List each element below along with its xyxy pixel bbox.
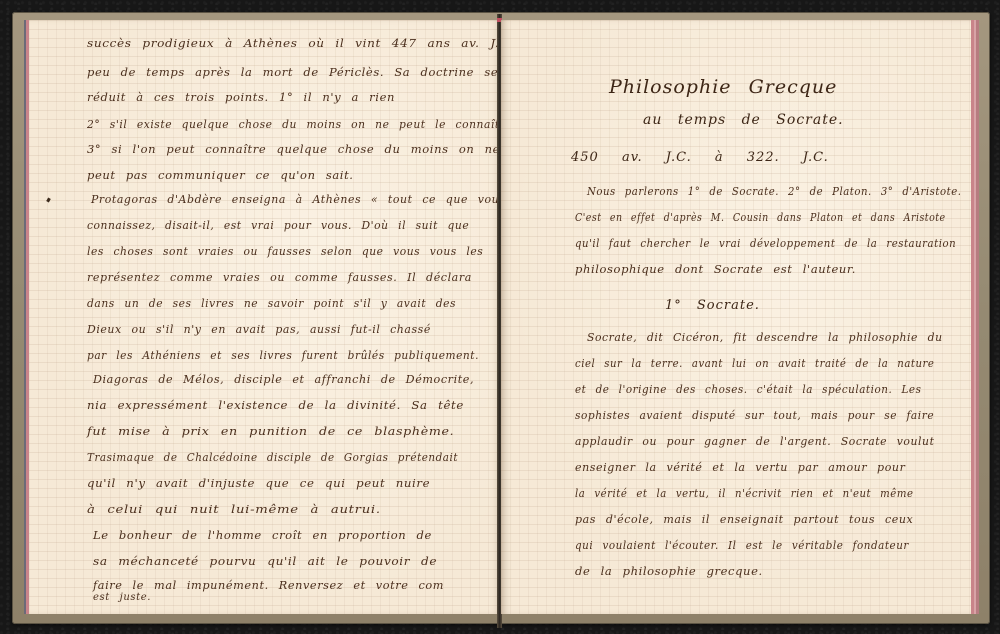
text-line: est juste. xyxy=(93,592,151,603)
text-line: les choses sont vraies ou fausses selon … xyxy=(87,244,483,258)
text-line: de la philosophie grecque. xyxy=(575,564,763,578)
text-line: fut mise à prix en punition de ce blasph… xyxy=(87,424,454,438)
text-line: Dieux ou s'il n'y en avait pas, aussi fu… xyxy=(87,322,431,336)
text-line: peut pas communiquer ce qu'on sait. xyxy=(87,168,354,182)
text-line: Socrate, dit Cicéron, fit descendre la p… xyxy=(587,330,943,344)
text-line: Protagoras d'Abdère enseigna à Athènes «… xyxy=(91,192,501,206)
left-page: succès prodigieux à Athènes où il vint 4… xyxy=(26,20,501,614)
text-line: nia expressément l'existence de la divin… xyxy=(87,398,464,412)
text-line: qui voulaient l'écouter. Il est le vérit… xyxy=(575,538,909,552)
text-line: Le bonheur de l'homme croît en proportio… xyxy=(93,528,432,542)
text-line: qu'il faut chercher le vrai développemen… xyxy=(575,236,956,250)
text-line: succès prodigieux à Athènes où il vint 4… xyxy=(87,36,501,50)
date-range: 450 av. J.C. à 322. J.C. xyxy=(571,150,829,165)
text-line: la vérité et la vertu, il n'écrivit rien… xyxy=(575,486,913,500)
right-page: Philosophie Grecque au temps de Socrate.… xyxy=(501,20,974,614)
text-line: enseigner la vérité et la vertu par amou… xyxy=(575,460,905,474)
text-line: 2° s'il existe quelque chose du moins on… xyxy=(87,117,501,131)
text-line: C'est en effet d'après M. Cousin dans Pl… xyxy=(575,210,946,224)
text-line: 3° si l'on peut connaître quelque chose … xyxy=(87,142,500,156)
text-line: qu'il n'y avait d'injuste que ce qui peu… xyxy=(87,476,430,490)
text-line: réduit à ces trois points. 1° il n'y a r… xyxy=(87,90,395,104)
text-line: par les Athéniens et ses livres furent b… xyxy=(87,348,479,362)
text-line: dans un de ses livres ne savoir point s'… xyxy=(87,296,456,310)
page-subtitle: au temps de Socrate. xyxy=(643,112,844,128)
text-line: faire le mal impunément. Renversez et vo… xyxy=(93,578,444,592)
text-line: Trasimaque de Chalcédoine disciple de Go… xyxy=(87,450,458,464)
text-line: et de l'origine des choses. c'était la s… xyxy=(575,382,921,396)
text-line: ciel sur la terre. avant lui on avait tr… xyxy=(575,356,934,370)
text-line: à celui qui nuit lui-même à autrui. xyxy=(87,502,381,516)
page-title: Philosophie Grecque xyxy=(609,76,837,98)
text-line: philosophique dont Socrate est l'auteur. xyxy=(575,262,856,276)
section-heading: 1° Socrate. xyxy=(665,298,760,313)
text-line: Nous parlerons 1° de Socrate. 2° de Plat… xyxy=(587,184,961,198)
text-line: représentez comme vraies ou comme fausse… xyxy=(87,270,472,284)
text-line: connaissez, disait-il, est vrai pour vou… xyxy=(87,218,469,232)
text-line: peu de temps après la mort de Périclès. … xyxy=(87,65,498,79)
text-line: pas d'école, mais il enseignait partout … xyxy=(575,512,913,526)
text-line: Diagoras de Mélos, disciple et affranchi… xyxy=(93,372,474,386)
text-line: sa méchanceté pourvu qu'il ait le pouvoi… xyxy=(93,554,437,568)
text-line: sophistes avaient disputé sur tout, mais… xyxy=(575,408,934,422)
text-line: applaudir ou pour gagner de l'argent. So… xyxy=(575,434,934,448)
ink-mark xyxy=(46,198,51,203)
